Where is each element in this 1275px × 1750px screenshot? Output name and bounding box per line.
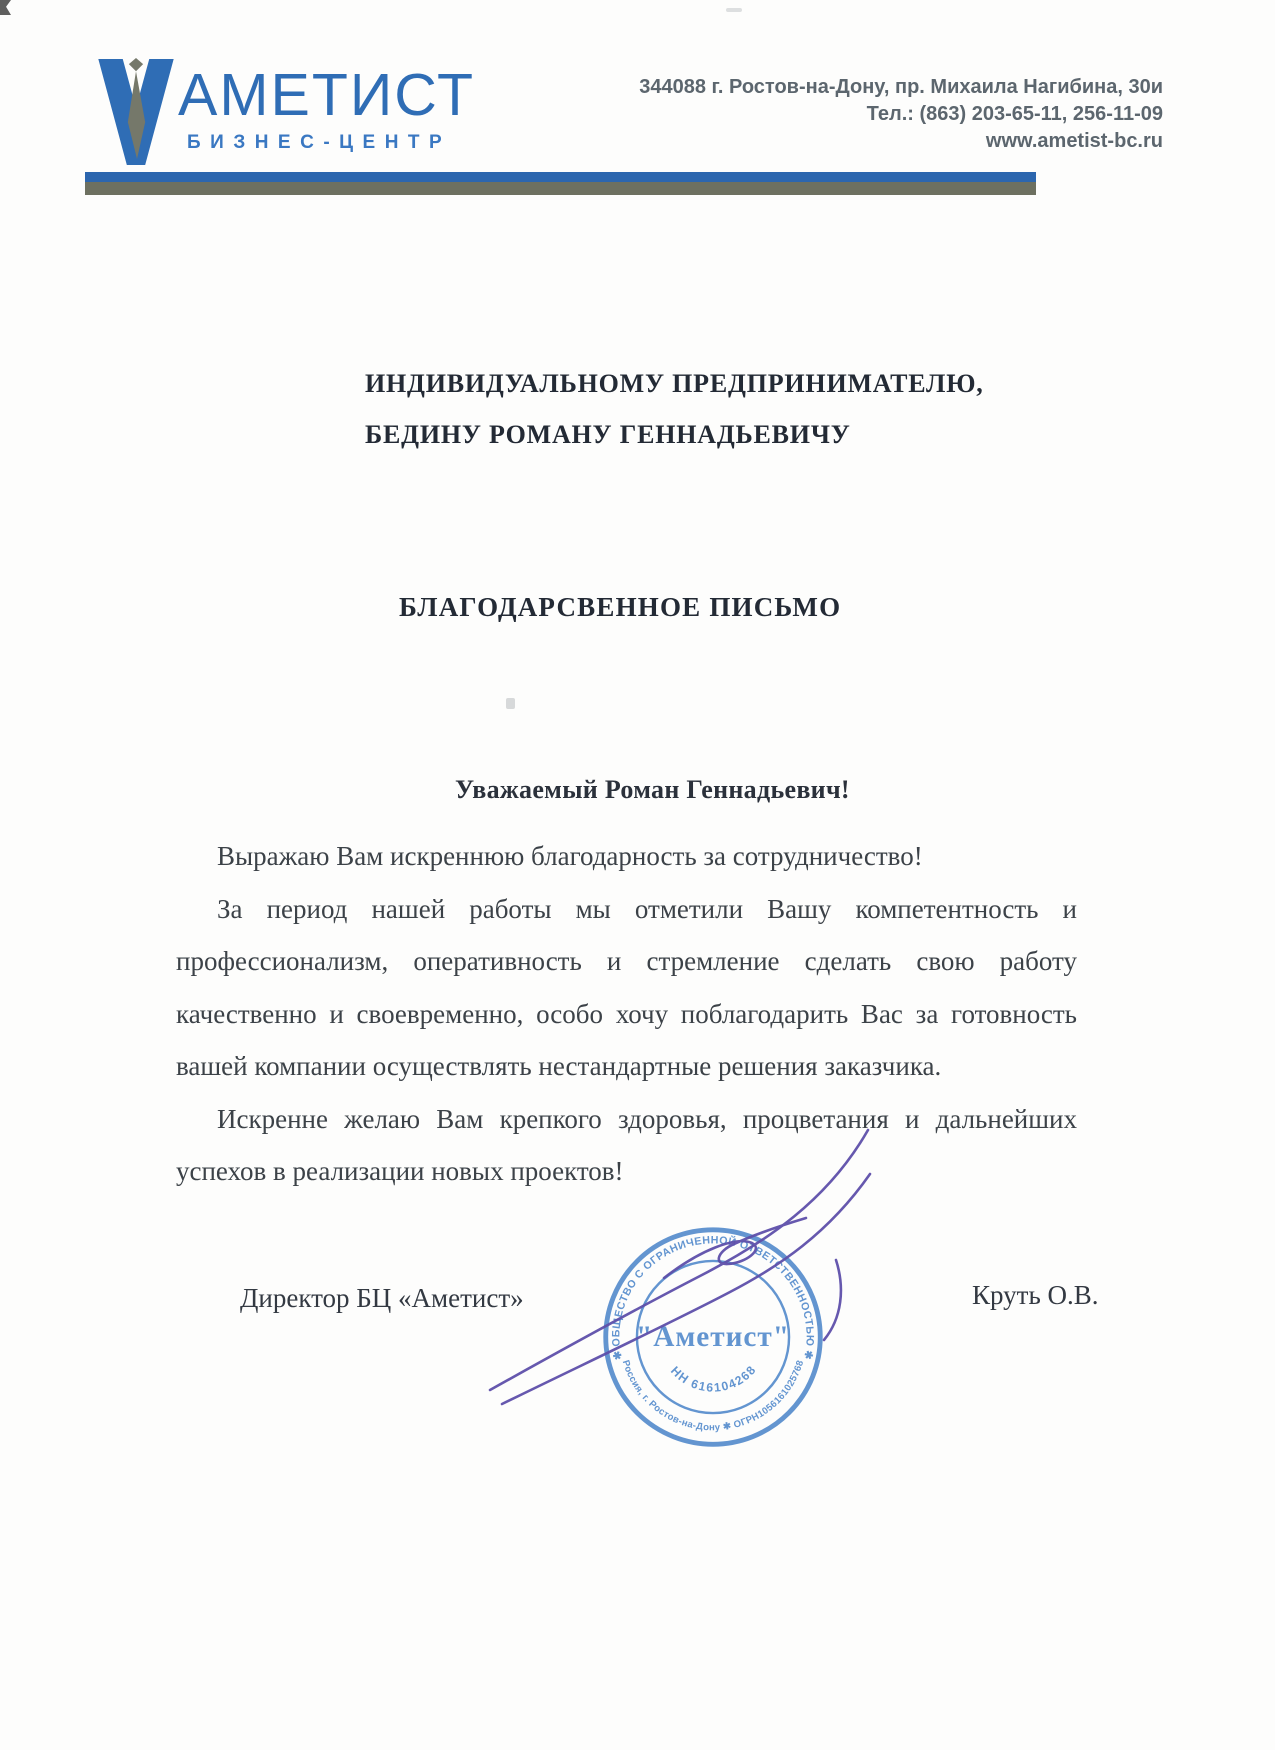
scan-artifact bbox=[0, 0, 11, 15]
signatory-name: Круть О.В. bbox=[972, 1280, 1099, 1311]
body-line: За период нашей работы мы отметили Вашу … bbox=[176, 883, 1077, 936]
letterhead-divider bbox=[85, 172, 1036, 195]
divider-blue-stripe bbox=[85, 172, 1036, 182]
scanned-letter-page: АМЕТИСТ БИЗНЕС-ЦЕНТР 344088 г. Ростов-на… bbox=[0, 0, 1275, 1750]
recipient-line-2: БЕДИНУ РОМАНУ ГЕННАДЬЕВИЧУ bbox=[365, 409, 984, 460]
body-paragraph: Выражаю Вам искреннюю благодарность за с… bbox=[176, 830, 1077, 883]
ametist-logo-icon bbox=[96, 57, 176, 167]
signature-scrawl bbox=[468, 1100, 893, 1420]
letter-title: БЛАГОДАРСВЕННОЕ ПИСЬМО bbox=[399, 592, 841, 623]
scan-artifact bbox=[506, 698, 515, 709]
brand-name: АМЕТИСТ bbox=[178, 66, 475, 125]
body-paragraph: За период нашей работы мы отметили Вашу … bbox=[176, 883, 1077, 1093]
contact-address: 344088 г. Ростов-на-Дону, пр. Михаила На… bbox=[639, 74, 1163, 101]
divider-olive-stripe bbox=[85, 182, 1036, 195]
recipient-line-1: ИНДИВИДУАЛЬНОМУ ПРЕДПРИНИМАТЕЛЮ, bbox=[365, 358, 984, 409]
scan-artifact bbox=[726, 8, 742, 12]
contact-block: 344088 г. Ростов-на-Дону, пр. Михаила На… bbox=[639, 74, 1163, 155]
body-line: профессионализм, оперативность и стремле… bbox=[176, 935, 1077, 988]
body-line: качественно и своевременно, особо хочу п… bbox=[176, 988, 1077, 1041]
recipient-block: ИНДИВИДУАЛЬНОМУ ПРЕДПРИНИМАТЕЛЮ, БЕДИНУ … bbox=[365, 358, 984, 460]
body-line: Выражаю Вам искреннюю благодарность за с… bbox=[176, 830, 1077, 883]
contact-website: www.ametist-bc.ru bbox=[639, 128, 1163, 155]
contact-phone: Тел.: (863) 203-65-11, 256-11-09 bbox=[639, 101, 1163, 128]
greeting: Уважаемый Роман Геннадьевич! bbox=[455, 775, 850, 805]
brand-subtitle: БИЗНЕС-ЦЕНТР bbox=[187, 133, 451, 152]
body-line: вашей компании осуществлять нестандартны… bbox=[176, 1040, 1077, 1093]
